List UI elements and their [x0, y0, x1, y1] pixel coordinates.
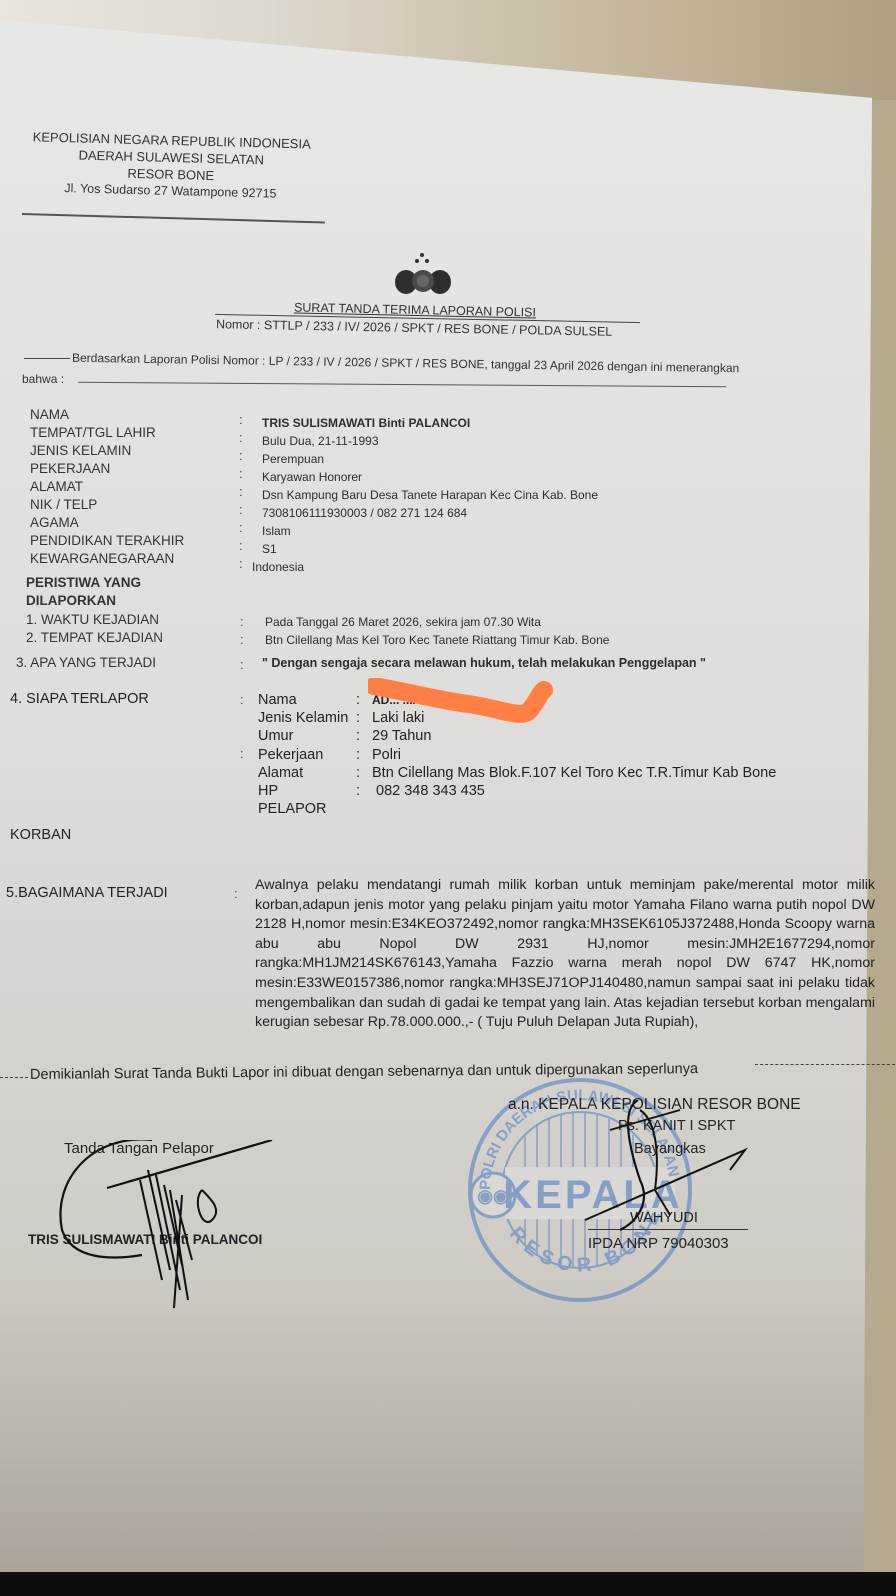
pelapor-signature — [52, 1140, 292, 1320]
police-report-document: KEPOLISIAN NEGARA REPUBLIK INDONESIA DAE… — [0, 0, 896, 1596]
peristiwa-labels: 1. WAKTU KEJADIAN 2. TEMPAT KEJADIAN — [26, 611, 163, 647]
value-pekerjaan: Karyawan Honorer — [262, 468, 598, 486]
label-pelapor: PELAPOR — [258, 800, 348, 818]
value-agama: Islam — [262, 522, 598, 540]
label-kewarganegaraan: KEWARGANEGARAAN — [30, 550, 184, 568]
peristiwa-heading-2: DILAPORKAN — [26, 592, 141, 610]
letterhead: KEPOLISIAN NEGARA REPUBLIK INDONESIA DAE… — [20, 128, 322, 204]
colon: : — [240, 746, 244, 761]
value-nama: TRIS SULISMAWATI Binti PALANCOI — [262, 414, 598, 432]
official-signature — [580, 1100, 760, 1260]
label-nik-telp: NIK / TELP — [30, 496, 184, 514]
value-jenis-kelamin: Perempuan — [262, 450, 598, 468]
label-jenis-kelamin: JENIS KELAMIN — [30, 442, 184, 460]
pelapor-colons: ::::::::: — [239, 411, 243, 573]
peristiwa-heading-1: PERISTIWA YANG — [26, 574, 141, 592]
closing-dash-left — [0, 1077, 28, 1078]
label-agama: AGAMA — [30, 514, 184, 532]
pelapor-labels: NAMA TEMPAT/TGL LAHIR JENIS KELAMIN PEKE… — [30, 406, 184, 568]
label-terlapor-umur: Umur — [258, 727, 348, 745]
label-siapa-terlapor: 4. SIAPA TERLAPOR — [10, 691, 149, 707]
pelapor-values: TRIS SULISMAWATI Binti PALANCOI Bulu Dua… — [262, 414, 598, 576]
value-tempat-kejadian: Btn Cilellang Mas Kel Toro Kec Tanete Ri… — [265, 631, 609, 649]
label-tempat-tgl-lahir: TEMPAT/TGL LAHIR — [30, 424, 184, 442]
terlapor-colons: :::::: — [356, 691, 360, 800]
value-terlapor-alamat: Btn Cilellang Mas Blok.F.107 Kel Toro Ke… — [372, 764, 776, 782]
label-terlapor-nama: Nama — [258, 691, 348, 709]
label-alamat: ALAMAT — [30, 478, 184, 496]
closing-dash-right — [755, 1064, 895, 1065]
label-pendidikan: PENDIDIKAN TERAKHIR — [30, 532, 184, 550]
value-pendidikan: S1 — [262, 540, 598, 558]
intro-line-1: Berdasarkan Laporan Polisi Nomor : LP / … — [72, 351, 739, 375]
value-nik-telp: 7308106111930003 / 082 271 124 684 — [262, 504, 598, 522]
colon: : — [234, 886, 238, 901]
label-korban: KORBAN — [10, 827, 71, 843]
label-apa-yang-terjadi: 3. APA YANG TERJADI — [16, 655, 156, 670]
intro-underline — [78, 382, 726, 388]
intro-dash — [24, 358, 70, 359]
label-pekerjaan: PEKERJAAN — [30, 460, 184, 478]
label-terlapor-jenis-kelamin: Jenis Kelamin — [258, 709, 348, 727]
colon: : — [240, 692, 244, 707]
value-tempat-tgl-lahir: Bulu Dua, 21-11-1993 — [262, 432, 598, 450]
peristiwa-heading: PERISTIWA YANG DILAPORKAN — [26, 574, 141, 610]
label-bagaimana-terjadi: 5.BAGAIMANA TERJADI — [6, 885, 168, 901]
peristiwa-values: Pada Tanggal 26 Maret 2026, sekira jam 0… — [265, 613, 609, 649]
letterhead-underline — [22, 213, 325, 223]
value-alamat: Dsn Kampung Baru Desa Tanete Harapan Kec… — [262, 486, 598, 504]
police-emblem-icon — [392, 250, 458, 300]
value-terlapor-hp: 082 348 343 435 — [376, 782, 776, 800]
value-apa-yang-terjadi: " Dengan sengaja secara melawan hukum, t… — [262, 656, 706, 670]
value-waktu-kejadian: Pada Tanggal 26 Maret 2026, sekira jam 0… — [265, 613, 609, 631]
narrative-text: Awalnya pelaku mendatangi rumah milik ko… — [255, 876, 875, 1033]
redaction-scribble — [368, 678, 568, 738]
peristiwa-colons: :: — [240, 613, 244, 649]
label-terlapor-hp: HP — [258, 782, 348, 800]
label-tempat-kejadian: 2. TEMPAT KEJADIAN — [26, 629, 163, 647]
label-waktu-kejadian: 1. WAKTU KEJADIAN — [26, 611, 163, 629]
label-terlapor-alamat: Alamat — [258, 764, 348, 782]
intro-line-2: bahwa : — [22, 372, 64, 386]
value-kewarganegaraan: Indonesia — [252, 558, 598, 576]
colon: : — [240, 657, 244, 672]
label-nama: NAMA — [30, 406, 184, 424]
value-terlapor-pekerjaan: Polri — [372, 746, 776, 764]
label-terlapor-pekerjaan: Pekerjaan — [258, 746, 348, 764]
terlapor-labels: Nama Jenis Kelamin Umur Pekerjaan Alamat… — [258, 691, 348, 818]
